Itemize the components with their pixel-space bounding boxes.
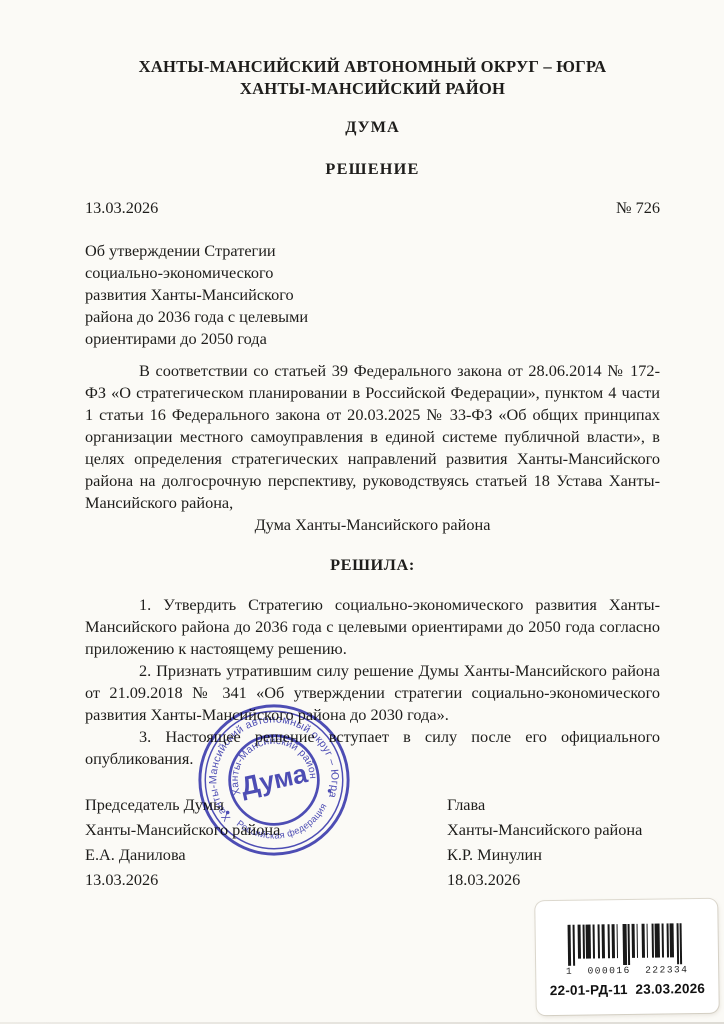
signature-left-title: Председатель Думы Ханты-Мансийского райо… — [85, 792, 447, 842]
registration-label: 22-01-РД-11 23.03.2026 — [536, 981, 718, 999]
header-district: ХАНТЫ-МАНСИЙСКИЙ РАЙОН — [85, 78, 660, 100]
meta-row: 13.03.2026 № 726 — [85, 197, 660, 219]
document-page: ХАНТЫ-МАНСИЙСКИЙ АВТОНОМНЫЙ ОКРУГ – ЮГРА… — [85, 56, 660, 892]
signature-right: Глава Ханты-Мансийского района К.Р. Мину… — [447, 792, 660, 892]
issuing-body: ДУМА — [85, 116, 660, 138]
resolution-item-1: 1. Утвердить Стратегию социально-экономи… — [85, 594, 660, 660]
resolver-line: Дума Ханты-Мансийского района — [85, 514, 660, 536]
signature-left-name: Е.А. Данилова — [85, 842, 447, 867]
header-region: ХАНТЫ-МАНСИЙСКИЙ АВТОНОМНЫЙ ОКРУГ – ЮГРА — [85, 56, 660, 78]
registration-sticker: 1 000016 222334 22-01-РД-11 23.03.2026 — [535, 899, 719, 1016]
barcode-digits: 1 000016 222334 — [536, 964, 718, 978]
document-number: № 726 — [616, 197, 660, 219]
document-date: 13.03.2026 — [85, 197, 158, 219]
signature-right-name: К.Р. Минулин — [447, 842, 660, 867]
signature-right-title: Глава Ханты-Мансийского района — [447, 792, 660, 842]
resolution-word: РЕШИЛА: — [85, 554, 660, 576]
barcode-icon — [568, 923, 687, 966]
resolution-item-2: 2. Признать утратившим силу решение Думы… — [85, 660, 660, 726]
signature-left-date: 13.03.2026 — [85, 867, 447, 892]
signature-right-date: 18.03.2026 — [447, 867, 660, 892]
preamble-paragraph: В соответствии со статьей 39 Федеральног… — [85, 360, 660, 514]
document-type: РЕШЕНИЕ — [85, 158, 660, 180]
resolution-item-3: 3. Настоящее решение вступает в силу пос… — [85, 726, 660, 770]
signature-left: Председатель Думы Ханты-Мансийского райо… — [85, 792, 447, 892]
resolution-items: 1. Утвердить Стратегию социально-экономи… — [85, 594, 660, 770]
document-subject: Об утверждении Стратегии социально-эконо… — [85, 240, 415, 350]
signature-block: Председатель Думы Ханты-Мансийского райо… — [85, 792, 660, 892]
